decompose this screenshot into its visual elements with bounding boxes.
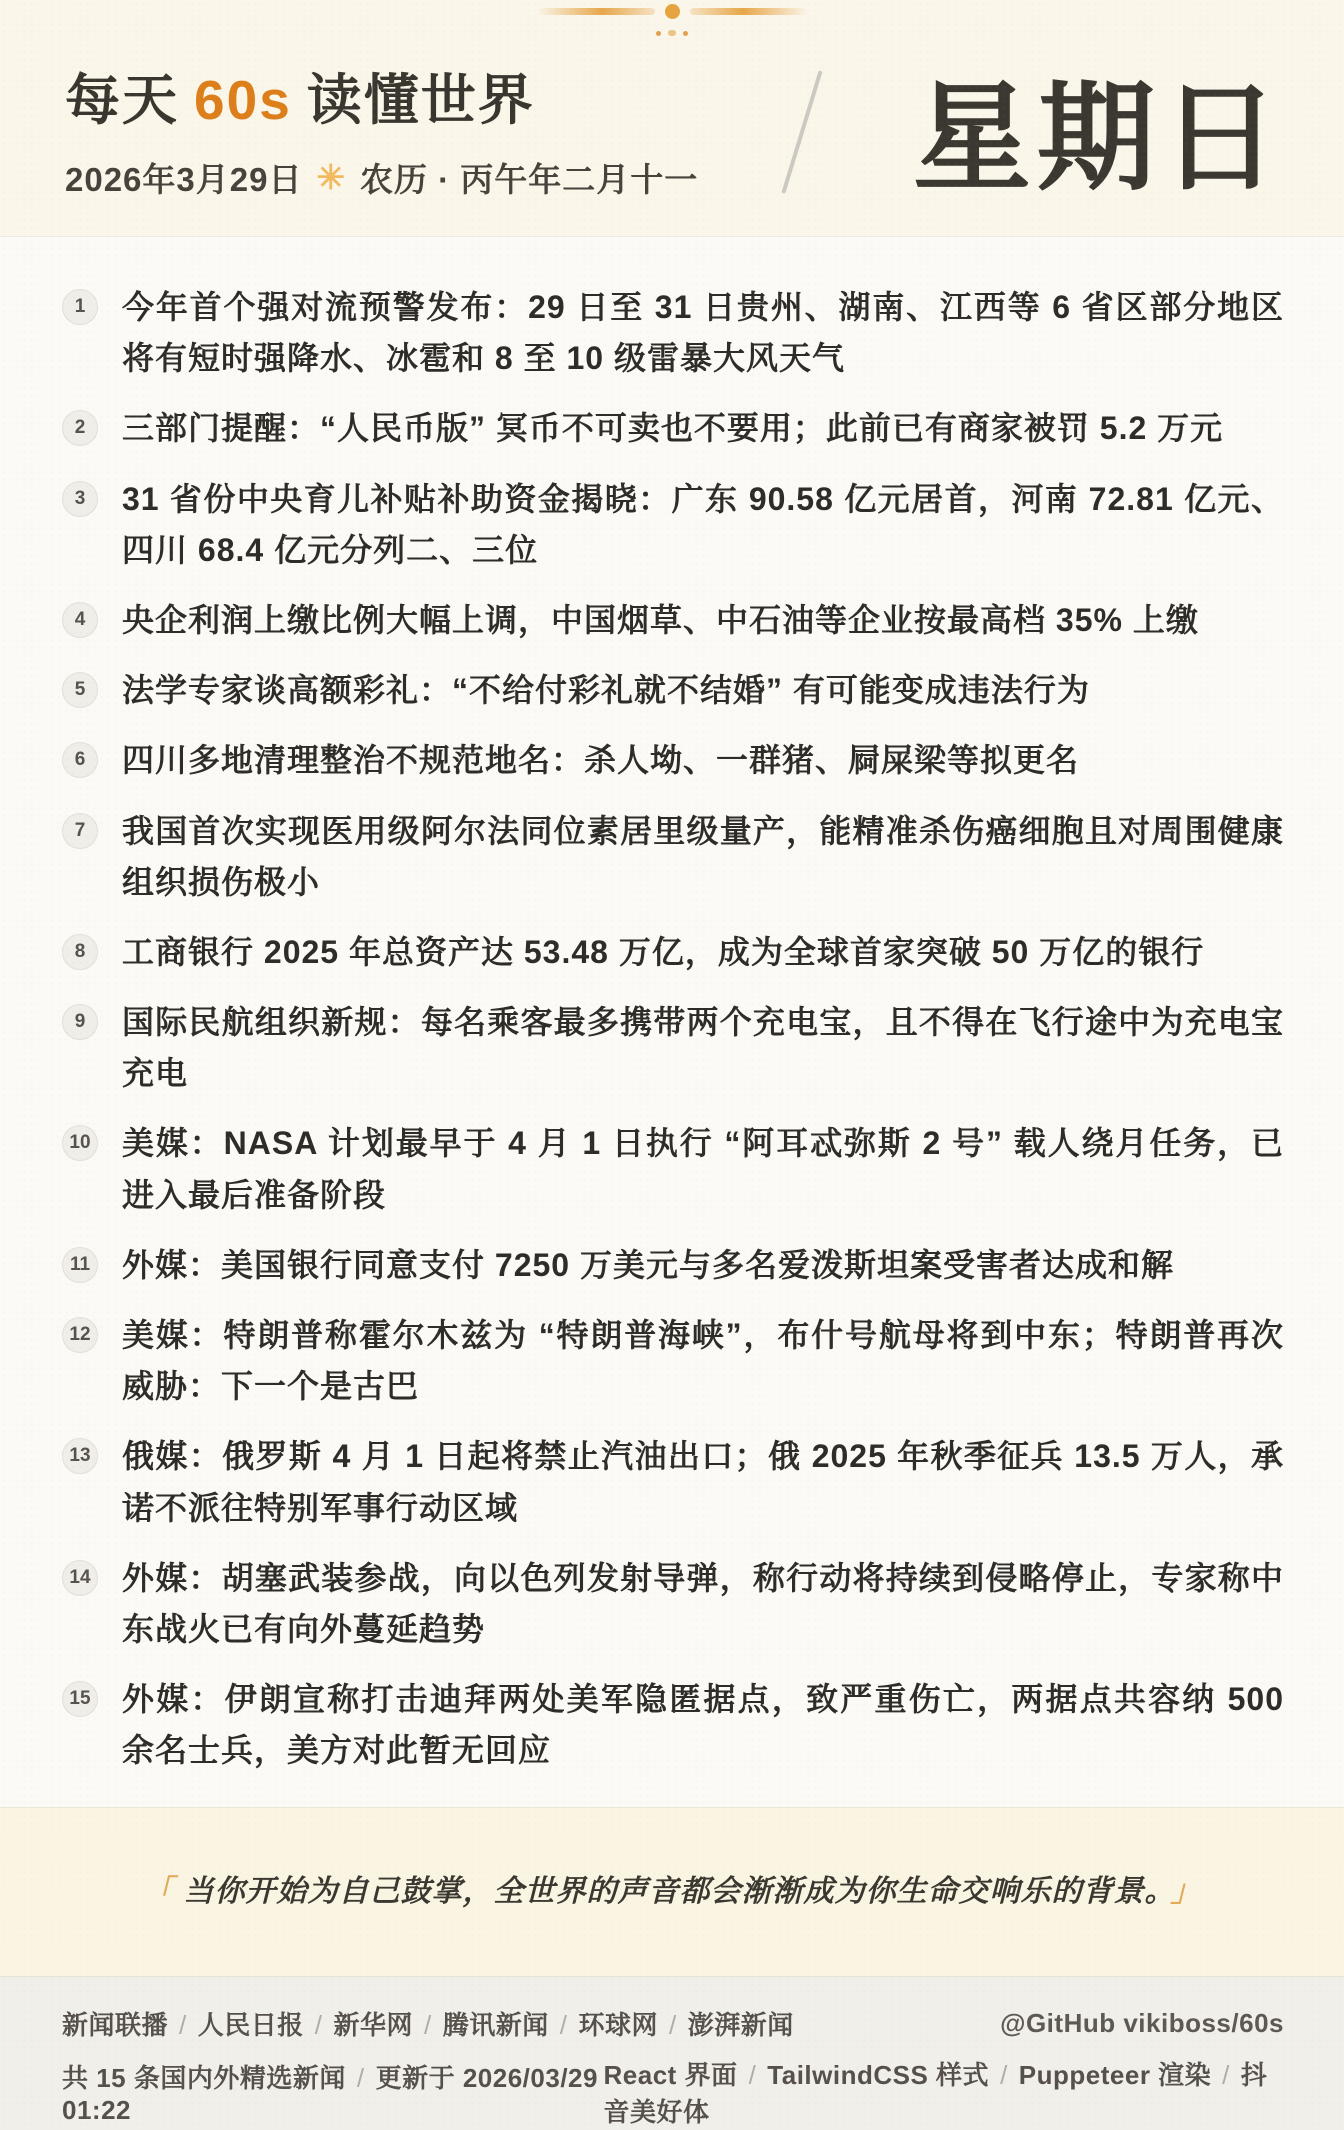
news-item-text: 今年首个强对流预警发布：29 日至 31 日贵州、湖南、江西等 6 省区部分地区… [122,282,1284,384]
lunar-date-text: 农历 · 丙午年二月十一 [360,154,698,201]
news-item-number-badge: 1 [62,289,98,325]
footer-meta-item: 共 15 条国内外精选新闻 [62,2063,346,2093]
footer-credits: React 界面/TailwindCSS 样式/Puppeteer 渲染/抖音美… [604,2055,1284,2129]
footer-meta: 共 15 条国内外精选新闻/更新于 2026/03/29 01:22 [62,2058,604,2126]
separator-slash: / [315,2010,323,2040]
github-credit: @GitHub vikiboss/60s [1000,2008,1284,2039]
news-item-text: 四川多地清理整治不规范地名：杀人坳、一群猪、屙屎梁等拟更名 [122,735,1284,786]
daily-news-card: 每天 60s 读懂世界 2026年3月29日 ✳ 农历 · 丙午年二月十一 星期… [0,0,1344,2130]
divider-slash [781,70,822,194]
news-item-text: 外媒：胡塞武装参战，向以色列发射导弹，称行动将持续到侵略停止，专家称中东战火已有… [122,1553,1284,1655]
news-item-number-badge: 14 [62,1560,98,1596]
ornament-line-right [690,8,808,15]
news-item: 8工商银行 2025 年总资产达 53.48 万亿，成为全球首家突破 50 万亿… [62,927,1284,978]
news-item-number-badge: 10 [62,1125,98,1161]
page-title: 每天 60s 读懂世界 [65,73,698,128]
quote-open-mark: 「 [133,1875,184,1908]
news-item: 1今年首个强对流预警发布：29 日至 31 日贵州、湖南、江西等 6 省区部分地… [62,282,1284,384]
news-item-number-badge: 2 [62,410,98,446]
news-item: 7我国首次实现医用级阿尔法同位素居里级量产，能精准杀伤癌细胞且对周围健康组织损伤… [62,806,1284,908]
title-prefix: 每天 [65,73,179,128]
news-item: 6四川多地清理整治不规范地名：杀人坳、一群猪、屙屎梁等拟更名 [62,735,1284,786]
news-item: 15外媒：伊朗宣称打击迪拜两处美军隐匿据点，致严重伤亡，两据点共容纳 500 余… [62,1674,1284,1776]
news-item-number-badge: 5 [62,672,98,708]
news-item-number-badge: 11 [62,1247,98,1283]
title-suffix: 读懂世界 [307,73,535,128]
news-source: 澎湃新闻 [688,2010,794,2040]
news-item-text: 央企利润上缴比例大幅上调，中国烟草、中石油等企业按最高档 35% 上缴 [122,595,1284,646]
news-source: 环球网 [579,2010,659,2040]
news-item-text: 31 省份中央育儿补贴补助资金揭晓：广东 90.58 亿元居首，河南 72.81… [122,474,1284,576]
separator-slash: / [179,2010,187,2040]
asterisk-icon: ✳ [316,158,346,198]
news-item-text: 美媒：特朗普称霍尔木兹为 “特朗普海峡”，布什号航母将到中东；特朗普再次威胁：下… [122,1310,1284,1412]
footer-sources: 新闻联播/人民日报/新华网/腾讯新闻/环球网/澎湃新闻 [62,2005,794,2042]
news-item: 331 省份中央育儿补贴补助资金揭晓：广东 90.58 亿元居首，河南 72.8… [62,474,1284,576]
separator-slash: / [1000,2060,1008,2090]
top-ornament-icon [0,4,1344,19]
news-item: 14外媒：胡塞武装参战，向以色列发射导弹，称行动将持续到侵略停止，专家称中东战火… [62,1553,1284,1655]
news-item-text: 三部门提醒：“人民币版” 冥币不可卖也不要用；此前已有商家被罚 5.2 万元 [122,403,1284,454]
news-item: 4央企利润上缴比例大幅上调，中国烟草、中石油等企业按最高档 35% 上缴 [62,595,1284,646]
separator-slash: / [424,2010,432,2040]
quote-section: 「当你开始为自己鼓掌，全世界的声音都会渐渐成为你生命交响乐的背景。」 [0,1807,1344,1977]
news-item-number-badge: 4 [62,602,98,638]
quote-close-mark: 」 [1161,1875,1212,1908]
quote-text: 「当你开始为自己鼓掌，全世界的声音都会渐渐成为你生命交响乐的背景。」 [133,1867,1212,1917]
weekday-label: 星期日 [913,80,1285,198]
news-item-number-badge: 12 [62,1317,98,1353]
separator-slash: / [357,2063,365,2093]
news-item: 2三部门提醒：“人民币版” 冥币不可卖也不要用；此前已有商家被罚 5.2 万元 [62,403,1284,454]
news-item: 12美媒：特朗普称霍尔木兹为 “特朗普海峡”，布什号航母将到中东；特朗普再次威胁… [62,1310,1284,1412]
separator-slash: / [560,2010,568,2040]
news-item-number-badge: 15 [62,1681,98,1717]
news-source: 人民日报 [198,2010,304,2040]
footer-credit-item: Puppeteer 渲染 [1019,2060,1211,2090]
separator-slash: / [1222,2060,1230,2090]
ornament-line-left [537,8,655,15]
news-item-number-badge: 8 [62,934,98,970]
quote-body: 当你开始为自己鼓掌，全世界的声音都会渐渐成为你生命交响乐的背景。 [184,1875,1161,1908]
news-item-text: 国际民航组织新规：每名乘客最多携带两个充电宝，且不得在飞行途中为充电宝充电 [122,997,1284,1099]
news-item-number-badge: 7 [62,813,98,849]
news-item: 5法学专家谈高额彩礼：“不给付彩礼就不结婚” 有可能变成违法行为 [62,665,1284,716]
ornament-circle-icon [665,4,680,19]
footer-credit-item: TailwindCSS 样式 [767,2060,989,2090]
separator-slash: / [749,2060,757,2090]
news-item-text: 美媒：NASA 计划最早于 4 月 1 日执行 “阿耳忒弥斯 2 号” 载人绕月… [122,1118,1284,1220]
news-item: 13俄媒：俄罗斯 4 月 1 日起将禁止汽油出口；俄 2025 年秋季征兵 13… [62,1431,1284,1533]
footer: 新闻联播/人民日报/新华网/腾讯新闻/环球网/澎湃新闻 @GitHub viki… [0,1977,1344,2130]
date-text: 2026年3月29日 [65,154,302,201]
news-item-number-badge: 6 [62,742,98,778]
header-title-block: 每天 60s 读懂世界 2026年3月29日 ✳ 农历 · 丙午年二月十一 [65,73,698,201]
news-item: 11外媒：美国银行同意支付 7250 万美元与多名爱泼斯坦案受害者达成和解 [62,1240,1284,1291]
footer-credit-item: React 界面 [604,2060,738,2090]
news-item-text: 俄媒：俄罗斯 4 月 1 日起将禁止汽油出口；俄 2025 年秋季征兵 13.5… [122,1431,1284,1533]
news-source: 腾讯新闻 [443,2010,549,2040]
news-source: 新闻联播 [62,2010,168,2040]
title-highlight-60s: 60s [194,73,292,128]
ornament-dots-icon [0,30,1344,36]
date-line: 2026年3月29日 ✳ 农历 · 丙午年二月十一 [65,154,698,201]
news-item-text: 工商银行 2025 年总资产达 53.48 万亿，成为全球首家突破 50 万亿的… [122,927,1284,978]
separator-slash: / [669,2010,677,2040]
news-item: 9国际民航组织新规：每名乘客最多携带两个充电宝，且不得在飞行途中为充电宝充电 [62,997,1284,1099]
news-item-number-badge: 13 [62,1438,98,1474]
header: 每天 60s 读懂世界 2026年3月29日 ✳ 农历 · 丙午年二月十一 星期… [0,0,1344,237]
news-item-text: 我国首次实现医用级阿尔法同位素居里级量产，能精准杀伤癌细胞且对周围健康组织损伤极… [122,806,1284,908]
news-list: 1今年首个强对流预警发布：29 日至 31 日贵州、湖南、江西等 6 省区部分地… [0,237,1344,1807]
news-item-text: 外媒：美国银行同意支付 7250 万美元与多名爱泼斯坦案受害者达成和解 [122,1240,1284,1291]
news-item: 10美媒：NASA 计划最早于 4 月 1 日执行 “阿耳忒弥斯 2 号” 载人… [62,1118,1284,1220]
news-item-number-badge: 9 [62,1004,98,1040]
news-item-number-badge: 3 [62,481,98,517]
news-item-text: 法学专家谈高额彩礼：“不给付彩礼就不结婚” 有可能变成违法行为 [122,665,1284,716]
news-item-text: 外媒：伊朗宣称打击迪拜两处美军隐匿据点，致严重伤亡，两据点共容纳 500 余名士… [122,1674,1284,1776]
news-source: 新华网 [334,2010,414,2040]
